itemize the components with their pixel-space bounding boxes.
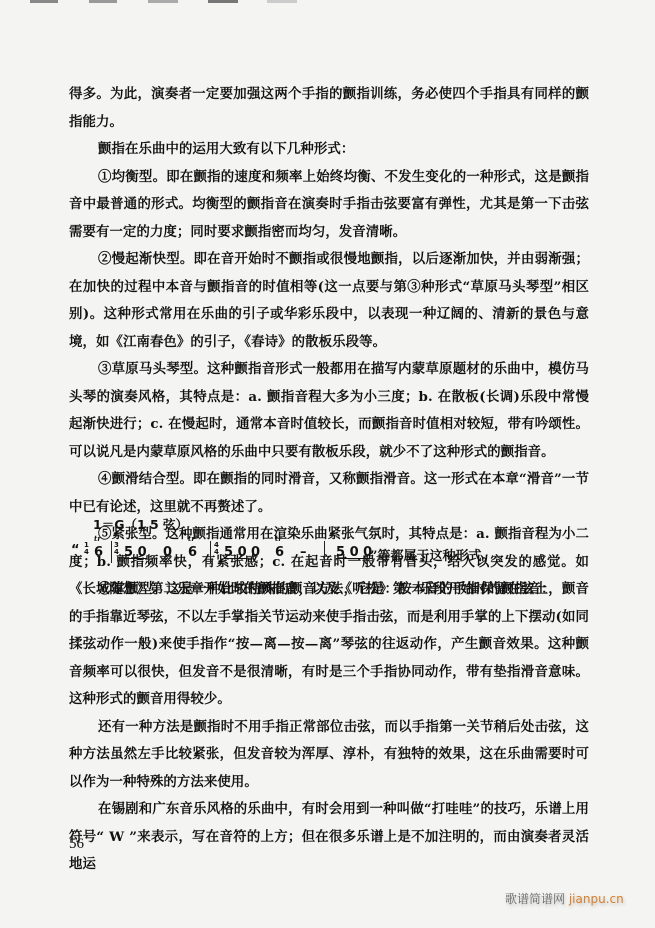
trill-mark: tr (94, 534, 101, 543)
scan-mark (89, 0, 117, 3)
paragraph: 颤指在乐曲中的运用大致有以下几种形式： (69, 136, 589, 164)
body-text-bottom: ⑥掌颤型。这是一种比较特殊的颤音方法，它是：按本音的手指保留在弦上，颤音的手指靠… (69, 576, 589, 879)
open-quote: “ (71, 543, 80, 558)
paragraph: ②慢起渐快型。即在音开始时不颤指或很慢地颤指，以后逐渐加快，并由弱渐强；在加快的… (69, 246, 589, 356)
paragraph: 还有一种方法是颤指时不用手指正常部位击弦，而以手指第一关节稍后处击弦，这种方法虽… (69, 714, 589, 797)
paragraph: ⑥掌颤型。这是一种比较特殊的颤音方法，它是：按本音的手指保留在弦上，颤音的手指靠… (69, 576, 589, 714)
trill-mark: tr (275, 534, 282, 543)
dash: – (300, 545, 307, 560)
time-signature: 44 (214, 542, 219, 556)
note: 0 (251, 545, 260, 560)
paragraph: ④颤滑结合型。即在颤指的同时滑音，又称颤指滑音。这一形式在本章“滑音”一节中已有… (69, 466, 589, 521)
paragraph: ③草原马头琴型。这种颤指音形式一般都用在描写内蒙草原题材的乐曲中，模仿马头琴的演… (69, 356, 589, 466)
paragraph: 在锡剧和广东音乐风格的乐曲中，有时会用到一种叫做“打哇哇”的技巧，乐谱上用符号“… (69, 796, 589, 879)
paragraph: 得多。为此，演奏者一定要加强这两个手指的颤指训练，务必使四个手指具有同样的颤指能… (69, 81, 589, 136)
note: 6 (188, 545, 197, 560)
note-group: 5 0 0 (336, 545, 372, 560)
note: 6 (275, 545, 284, 560)
note-group: 5 0 (224, 545, 247, 560)
bar-line (111, 541, 112, 563)
scan-mark (267, 0, 297, 3)
bar-line (324, 541, 325, 563)
note: 0 (163, 545, 172, 560)
watermark-cn: 歌谱简谱网 (505, 892, 565, 906)
note: 6 (94, 545, 103, 560)
notation-line: “ 14 tr 6 34 5 0 0 tr 6 44 5 0 0 tr 6 – … (78, 537, 598, 567)
notation-caption: ”等都属于这种形式。 (370, 545, 494, 564)
scan-mark (30, 0, 58, 3)
music-notation-example: 1＝G（1 5 弦） “ 14 tr 6 34 5 0 0 tr 6 44 5 … (78, 515, 598, 565)
time-signature: 34 (114, 542, 119, 556)
page-number: 56 (69, 836, 84, 853)
scan-mark (148, 0, 178, 3)
scan-mark (208, 0, 238, 3)
trill-mark: tr (188, 534, 195, 543)
bar-line (210, 541, 211, 563)
note-group: 5 0 (124, 545, 147, 560)
key-signature: 1＝G（1 5 弦） (93, 515, 188, 533)
watermark: 歌谱简谱网 jianpu.cn (505, 890, 624, 907)
watermark-url: jianpu.cn (569, 892, 624, 906)
time-signature: 14 (84, 542, 89, 556)
paragraph: ①均衡型。即在颤指的速度和频率上始终均衡、不发生变化的一种形式，这是颤指音中最普… (69, 164, 589, 247)
